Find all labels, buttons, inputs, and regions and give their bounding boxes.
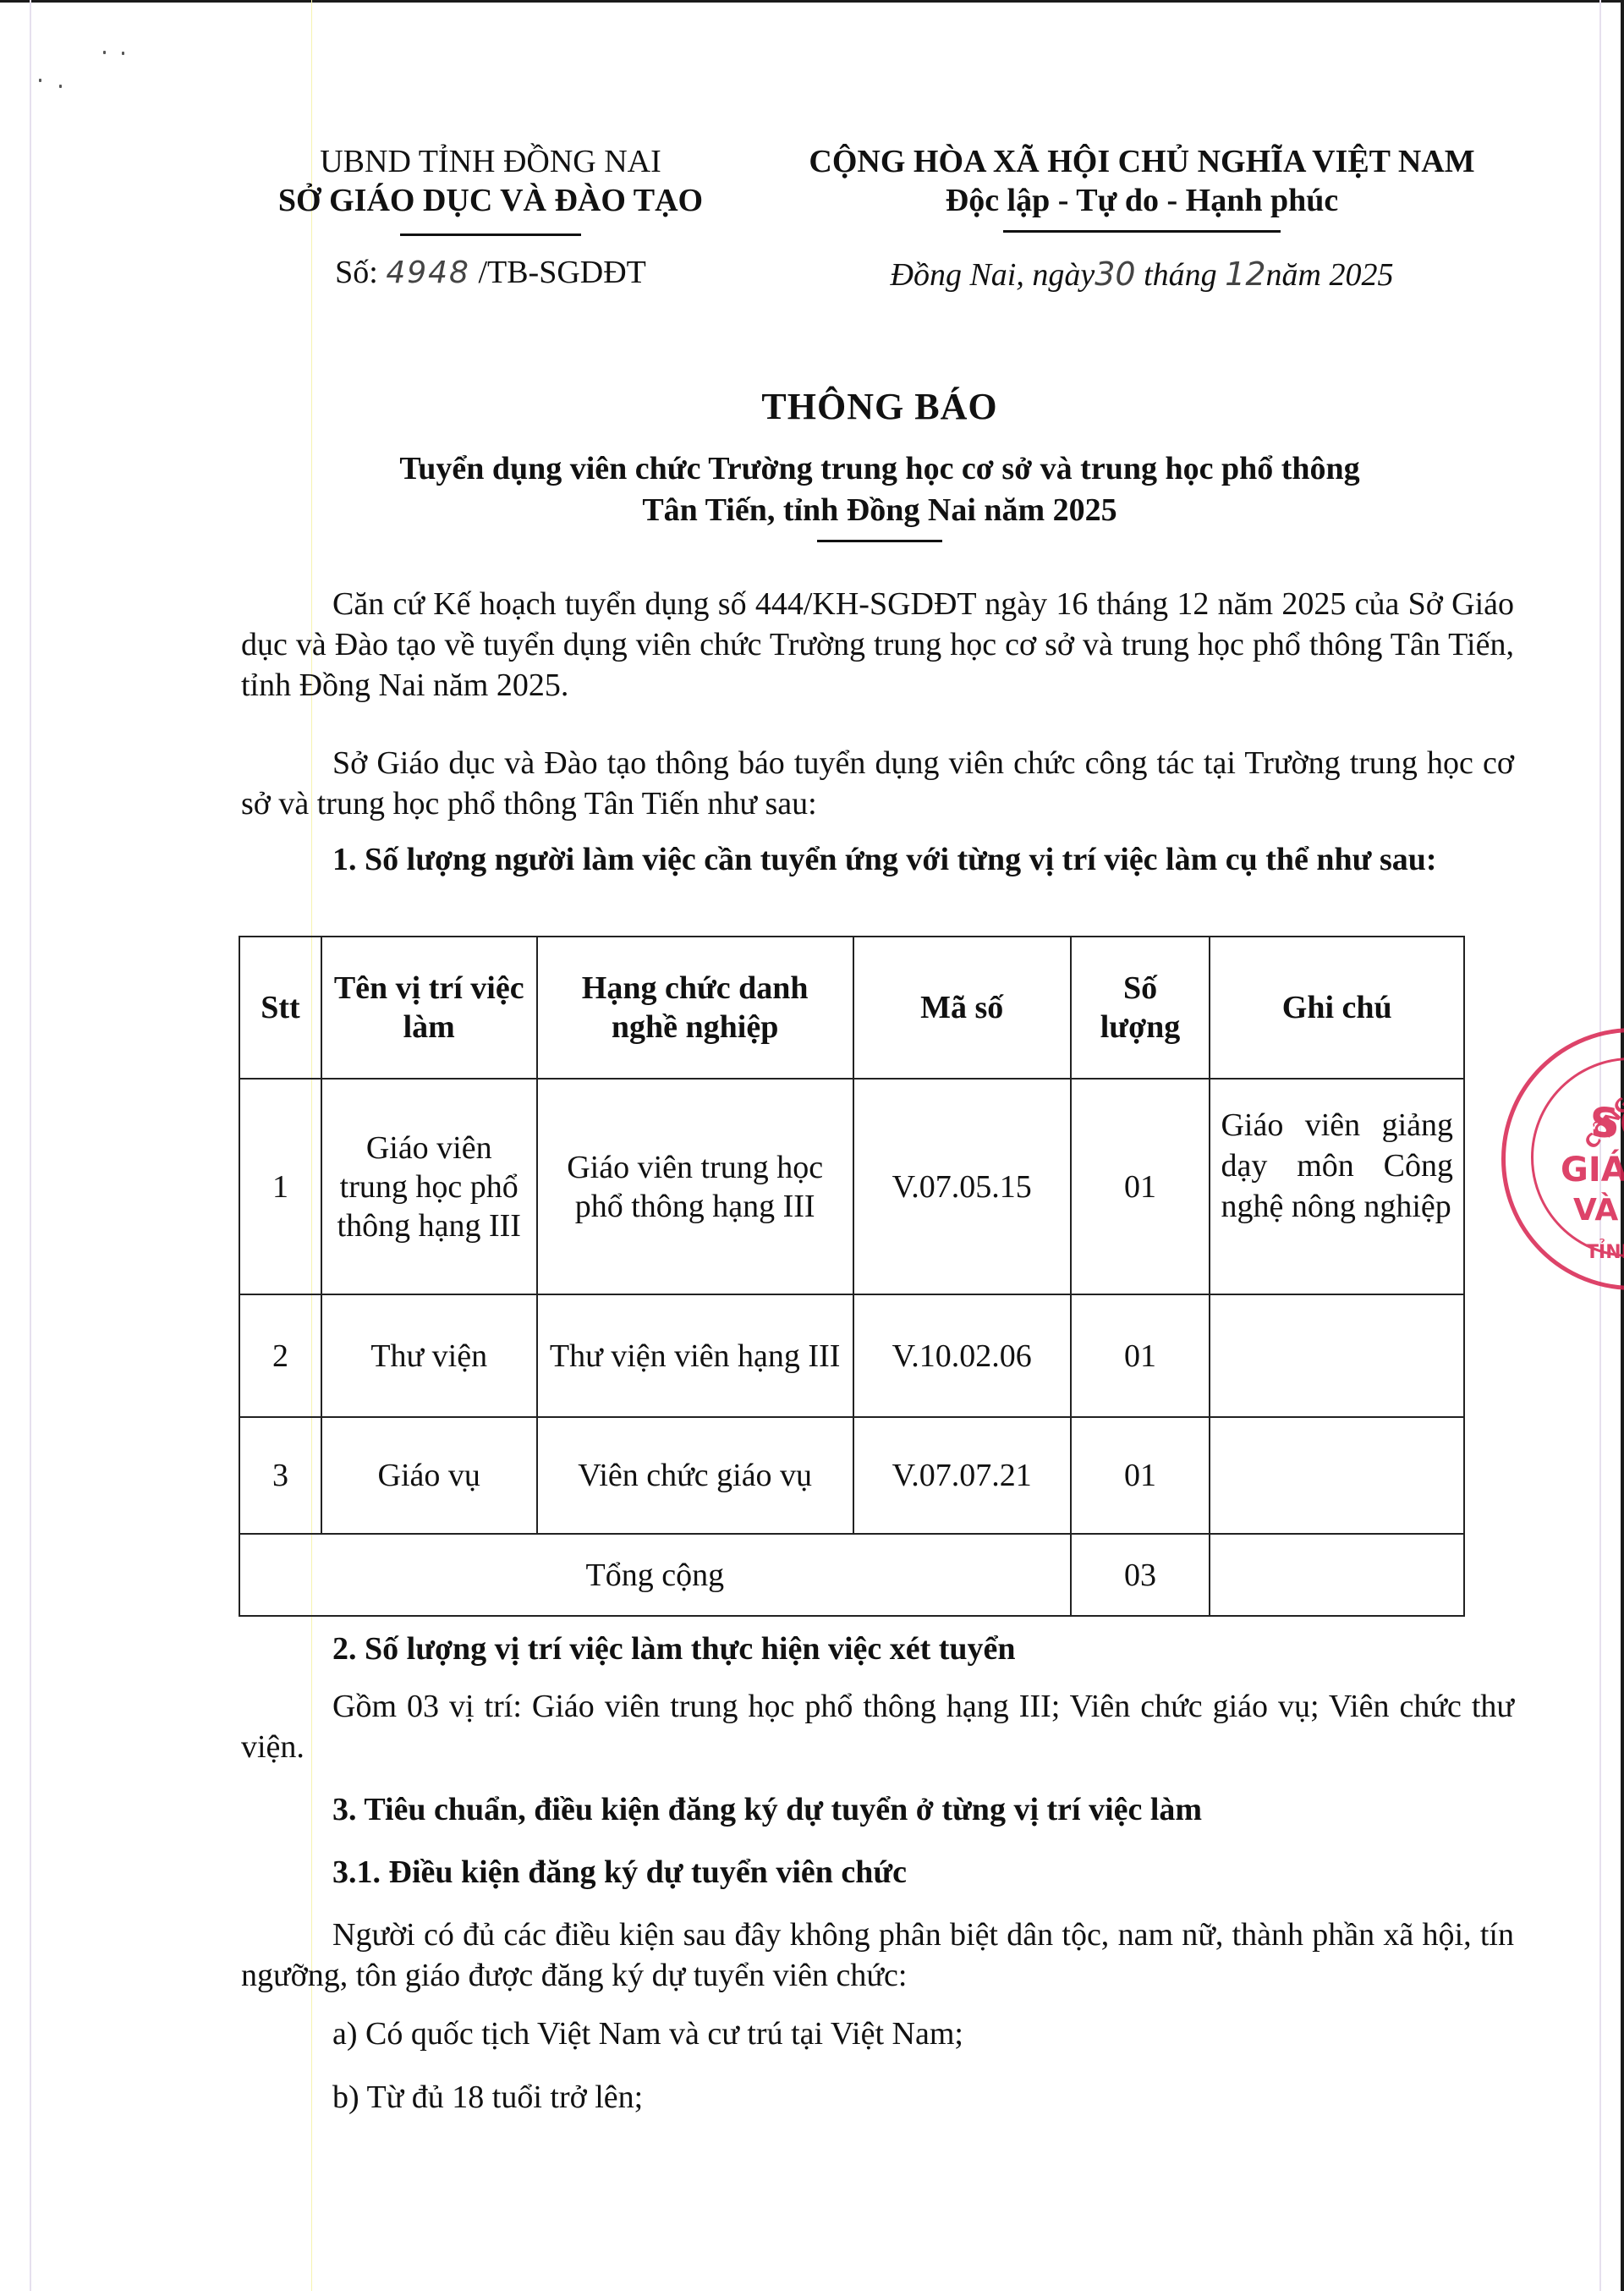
paragraph-conditions: Người có đủ các điều kiện sau đây không …: [241, 1915, 1514, 1996]
stamp-text: TỈNH: [1586, 1242, 1624, 1263]
col-header-rank: Hạng chức danh nghề nghiệp: [537, 937, 853, 1079]
col-header-stt: Stt: [239, 937, 321, 1079]
date-month-label: tháng: [1144, 257, 1217, 293]
col-header-position: Tên vị trí việc làm: [321, 937, 537, 1079]
date-prefix: Đồng Nai, ngày: [891, 257, 1095, 293]
document-number: Số: 4948 /TB-SGDĐT: [237, 254, 744, 291]
doc-no-suffix: /TB-SGDĐT: [478, 255, 645, 290]
cell-stt: 3: [239, 1417, 321, 1534]
table-row: 2 Thư viện Thư viện viên hạng III V.10.0…: [239, 1294, 1464, 1417]
official-red-stamp: CỘNG HÒA X.H.C. SỞ GIÁO VÀ Đ TỈNH: [1501, 1028, 1624, 1290]
doc-no-handwritten: 4948: [386, 255, 470, 290]
paragraph-announcement: Sở Giáo dục và Đào tạo thông báo tuyển d…: [241, 743, 1514, 824]
cell-position: Giáo vụ: [321, 1417, 537, 1534]
scan-specks: [34, 47, 135, 97]
paragraph-positions: Gồm 03 vị trí: Giáo viên trung học phổ t…: [241, 1686, 1514, 1767]
stamp-text: SỞ: [1590, 1100, 1624, 1147]
stamp-text: GIÁO: [1561, 1151, 1624, 1189]
issue-date: Đồng Nai, ngày30 tháng 12năm 2025: [765, 255, 1518, 294]
subtitle-line: Tuyển dụng viên chức Trường trung học cơ…: [237, 448, 1522, 490]
department-name: SỞ GIÁO DỤC VÀ ĐÀO TẠO: [237, 181, 744, 220]
condition-a: a) Có quốc tịch Việt Nam và cư trú tại V…: [241, 2014, 1514, 2054]
table-total-row: Tổng cộng 03: [239, 1534, 1464, 1616]
authority-name: UBND TỈNH ĐỒNG NAI: [237, 142, 744, 181]
section-heading-1: 1. Số lượng người làm việc cần tuyển ứng…: [241, 839, 1514, 880]
cell-note: Giáo viên giảng dạy môn Công nghệ nông n…: [1210, 1079, 1464, 1294]
national-header-block: CỘNG HÒA XÃ HỘI CHỦ NGHĨA VIỆT NAM Độc l…: [765, 142, 1518, 233]
subtitle-line: Tân Tiến, tỉnh Đồng Nai năm 2025: [237, 490, 1522, 531]
col-header-code: Mã số: [853, 937, 1071, 1079]
cell-note: [1210, 1417, 1464, 1534]
paragraph-basis: Căn cứ Kế hoạch tuyển dụng số 444/KH-SGD…: [241, 584, 1514, 706]
issuing-authority-block: UBND TỈNH ĐỒNG NAI SỞ GIÁO DỤC VÀ ĐÀO TẠ…: [237, 142, 744, 236]
document-subtitle: Tuyển dụng viên chức Trường trung học cơ…: [237, 448, 1522, 542]
section-heading-3-1: 3.1. Điều kiện đăng ký dự tuyển viên chứ…: [241, 1852, 1514, 1893]
cell-quantity: 01: [1071, 1079, 1210, 1294]
national-motto: Độc lập - Tự do - Hạnh phúc: [765, 181, 1518, 220]
cell-code: V.10.02.06: [853, 1294, 1071, 1417]
cell-note: [1210, 1294, 1464, 1417]
date-year: năm 2025: [1266, 257, 1394, 293]
stamp-text: VÀ Đ: [1573, 1193, 1624, 1228]
cell-rank: Thư viện viên hạng III: [537, 1294, 853, 1417]
nation-name: CỘNG HÒA XÃ HỘI CHỦ NGHĨA VIỆT NAM: [765, 142, 1518, 181]
table-row: 3 Giáo vụ Viên chức giáo vụ V.07.07.21 0…: [239, 1417, 1464, 1534]
table-header-row: Stt Tên vị trí việc làm Hạng chức danh n…: [239, 937, 1464, 1079]
cell-position: Giáo viên trung học phổ thông hạng III: [321, 1079, 537, 1294]
cell-quantity: 01: [1071, 1417, 1210, 1534]
header-divider: [400, 233, 581, 236]
section-heading-3: 3. Tiêu chuẩn, điều kiện đăng ký dự tuyể…: [241, 1789, 1514, 1830]
scan-artifact-line: [30, 0, 31, 2291]
cell-position: Thư viện: [321, 1294, 537, 1417]
total-note: [1210, 1534, 1464, 1616]
col-header-quantity: Số lượng: [1071, 937, 1210, 1079]
total-quantity: 03: [1071, 1534, 1210, 1616]
cell-code: V.07.07.21: [853, 1417, 1071, 1534]
cell-quantity: 01: [1071, 1294, 1210, 1417]
document-title: THÔNG BÁO: [237, 385, 1522, 428]
cell-rank: Viên chức giáo vụ: [537, 1417, 853, 1534]
scan-top-border: [0, 0, 1624, 3]
date-month: 12: [1225, 255, 1265, 293]
total-label: Tổng cộng: [239, 1534, 1071, 1616]
positions-table: Stt Tên vị trí việc làm Hạng chức danh n…: [239, 936, 1465, 1617]
title-underline: [817, 540, 942, 542]
cell-stt: 1: [239, 1079, 321, 1294]
table-row: 1 Giáo viên trung học phổ thông hạng III…: [239, 1079, 1464, 1294]
cell-stt: 2: [239, 1294, 321, 1417]
doc-no-label: Số:: [335, 255, 378, 290]
col-header-note: Ghi chú: [1210, 937, 1464, 1079]
date-day: 30: [1095, 255, 1135, 293]
motto-underline: [1003, 230, 1281, 233]
cell-code: V.07.05.15: [853, 1079, 1071, 1294]
cell-rank: Giáo viên trung học phổ thông hạng III: [537, 1079, 853, 1294]
section-heading-2: 2. Số lượng vị trí việc làm thực hiện vi…: [241, 1629, 1514, 1669]
condition-b: b) Từ đủ 18 tuổi trở lên;: [241, 2077, 1514, 2118]
